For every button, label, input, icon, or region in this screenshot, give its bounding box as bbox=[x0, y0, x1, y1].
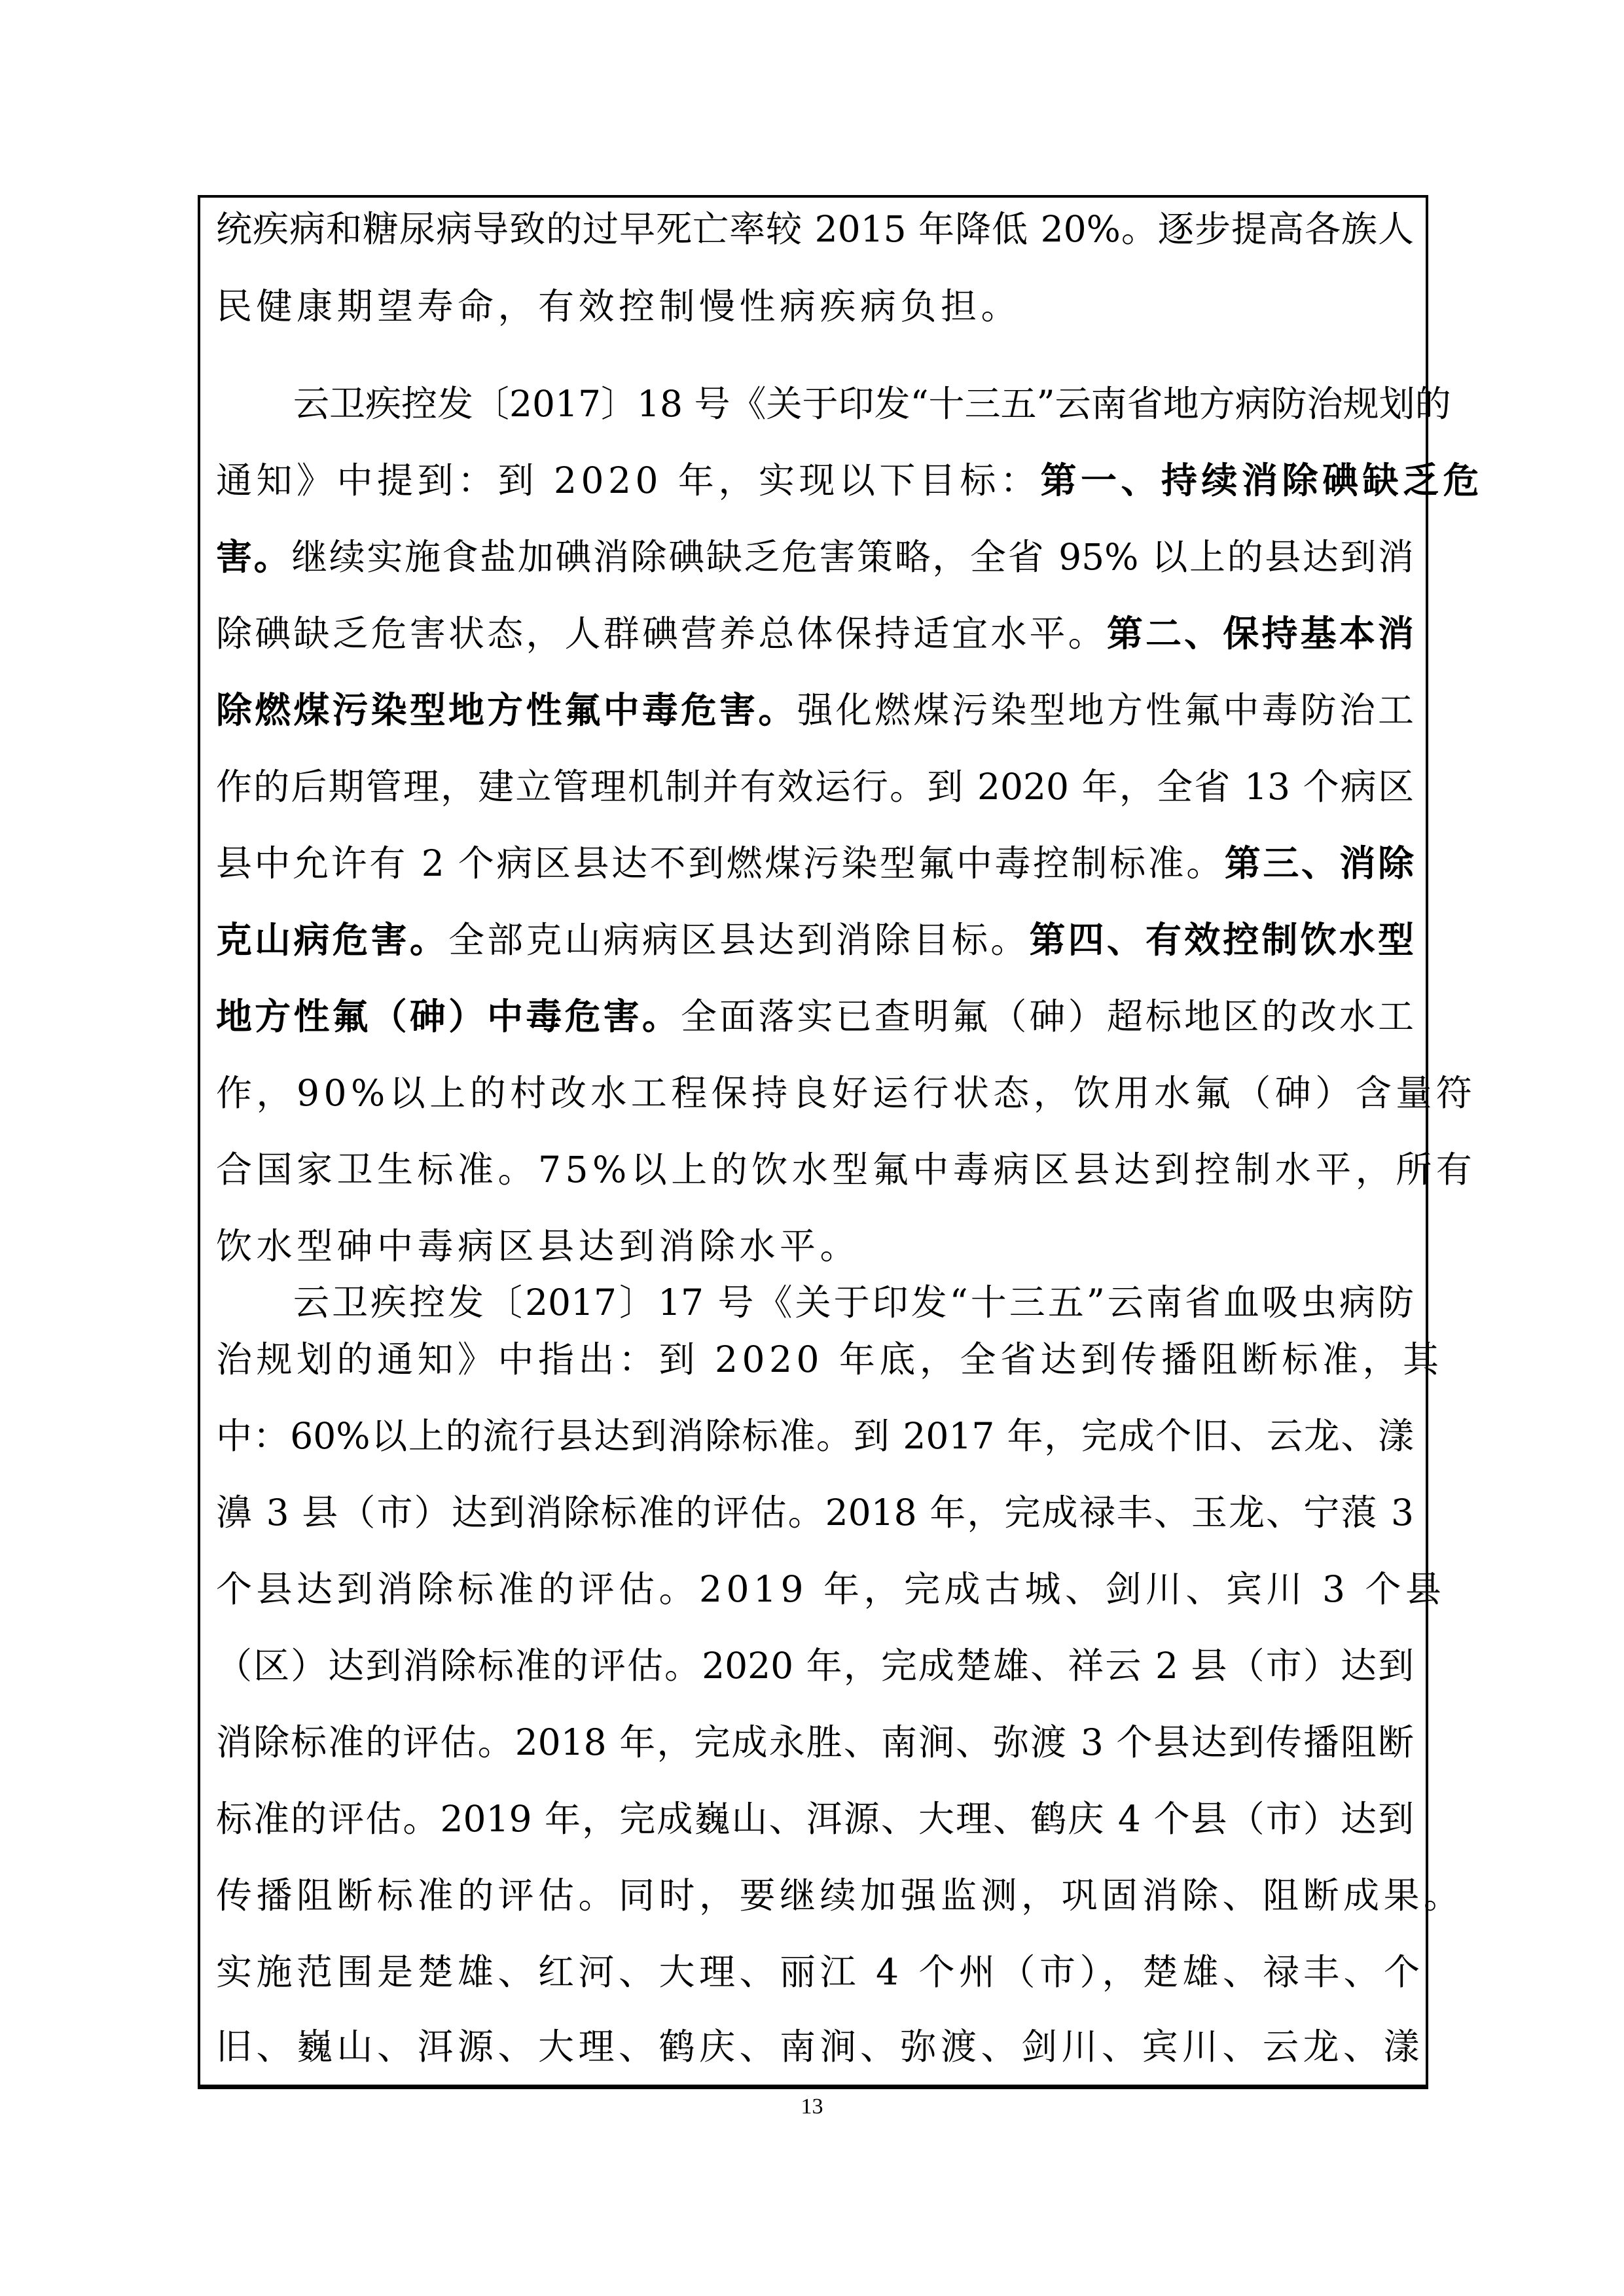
body-text: 全面落实已查明氟（砷）超标地区的改水工 bbox=[681, 996, 1414, 1037]
bold-heading-text: 第四、有效控制饮水型 bbox=[1029, 918, 1414, 961]
text-line: 濞 3 县（市）达到消除标准的评估。2018 年，完成禄丰、玉龙、宁蒗 3 bbox=[216, 1486, 1414, 1539]
body-text: 实施范围是楚雄、红河、大理、丽江 4 个州（市），楚雄、禄丰、个 bbox=[216, 1951, 1424, 1993]
body-text: （区）达到消除标准的评估。2020 年，完成楚雄、祥云 2 县（市）达到 bbox=[216, 1645, 1414, 1687]
bold-heading-text: 地方性氟（砷）中毒危害。 bbox=[216, 995, 681, 1037]
text-line: 统疾病和糖尿病导致的过早死亡率较 2015 年降低 20%。逐步提高各族人 bbox=[216, 203, 1414, 255]
body-text: 作的后期管理，建立管理机制并有效运行。到 2020 年，全省 13 个病区 bbox=[216, 766, 1414, 808]
body-text: 统疾病和糖尿病导致的过早死亡率较 2015 年降低 20%。逐步提高各族人 bbox=[216, 208, 1414, 250]
text-line: 标准的评估。2019 年，完成巍山、洱源、大理、鹤庆 4 个县（市）达到 bbox=[216, 1793, 1414, 1845]
body-text: 县中允许有 2 个病区县达不到燃煤污染型氟中毒控制标准。 bbox=[216, 842, 1225, 884]
text-line: 中：60%以上的流行县达到消除标准。到 2017 年，完成个旧、云龙、漾 bbox=[216, 1410, 1414, 1462]
text-line: （区）达到消除标准的评估。2020 年，完成楚雄、祥云 2 县（市）达到 bbox=[216, 1640, 1414, 1692]
page-number: 13 bbox=[0, 2094, 1624, 2119]
bold-heading-text: 除燃煤污染型地方性氟中毒危害。 bbox=[216, 689, 797, 731]
bold-heading-text: 害。 bbox=[216, 535, 291, 578]
bold-heading-text: 第三、消除 bbox=[1225, 842, 1414, 884]
body-text: 消除标准的评估。2018 年，完成永胜、南涧、弥渡 3 个县达到传播阻断 bbox=[216, 1721, 1414, 1763]
bold-heading-text: 第一、持续消除碘缺乏危 bbox=[1040, 459, 1483, 501]
body-text: 濞 3 县（市）达到消除标准的评估。2018 年，完成禄丰、玉龙、宁蒗 3 bbox=[216, 1492, 1414, 1534]
text-line: 旧、巍山、洱源、大理、鹤庆、南涧、弥渡、剑川、宾川、云龙、漾 bbox=[216, 2020, 1414, 2073]
body-text: 民健康期望寿命，有效控制慢性病疾病负担。 bbox=[216, 285, 1021, 327]
body-text: 旧、巍山、洱源、大理、鹤庆、南涧、弥渡、剑川、宾川、云龙、漾 bbox=[216, 2026, 1424, 2068]
text-line: 云卫疾控发〔2017〕17 号《关于印发“十三五”云南省血吸虫病防 bbox=[293, 1276, 1414, 1329]
text-line: 地方性氟（砷）中毒危害。全面落实已查明氟（砷）超标地区的改水工 bbox=[216, 990, 1414, 1043]
body-text: 除碘缺乏危害状态，人群碘营养总体保持适宜水平。 bbox=[216, 613, 1107, 655]
text-line: 县中允许有 2 个病区县达不到燃煤污染型氟中毒控制标准。第三、消除 bbox=[216, 837, 1414, 889]
text-line: 除燃煤污染型地方性氟中毒危害。强化燃煤污染型地方性氟中毒防治工 bbox=[216, 684, 1414, 736]
body-text: 强化燃煤污染型地方性氟中毒防治工 bbox=[797, 689, 1415, 731]
body-text: 继续实施食盐加碘消除碘缺乏危害策略，全省 95% 以上的县达到消 bbox=[291, 536, 1414, 578]
body-text: 全部克山病病区县达到消除目标。 bbox=[448, 919, 1029, 961]
body-text: 治规划的通知》中指出：到 2020 年底，全省达到传播阻断标准，其 bbox=[216, 1338, 1443, 1380]
body-text: 标准的评估。2019 年，完成巍山、洱源、大理、鹤庆 4 个县（市）达到 bbox=[216, 1798, 1414, 1840]
text-line: 个县达到消除标准的评估。2019 年，完成古城、剑川、宾川 3 个县 bbox=[216, 1563, 1414, 1615]
text-line: 饮水型砷中毒病区县达到消除水平。 bbox=[216, 1220, 1414, 1272]
body-text: 合国家卫生标准。75%以上的饮水型氟中毒病区县达到控制水平，所有 bbox=[216, 1149, 1476, 1191]
body-text: 作，90%以上的村改水工程保持良好运行状态，饮用水氟（砷）含量符 bbox=[216, 1072, 1476, 1114]
text-line: 除碘缺乏危害状态，人群碘营养总体保持适宜水平。第二、保持基本消 bbox=[216, 607, 1414, 660]
body-text: 中：60%以上的流行县达到消除标准。到 2017 年，完成个旧、云龙、漾 bbox=[216, 1415, 1414, 1457]
text-line: 克山病危害。全部克山病病区县达到消除目标。第四、有效控制饮水型 bbox=[216, 914, 1414, 966]
text-line: 传播阻断标准的评估。同时，要继续加强监测，巩固消除、阻断成果。 bbox=[216, 1869, 1414, 1922]
text-line: 民健康期望寿命，有效控制慢性病疾病负担。 bbox=[216, 280, 1414, 332]
text-line: 通知》中提到：到 2020 年，实现以下目标：第一、持续消除碘缺乏危 bbox=[216, 454, 1414, 507]
text-line: 作，90%以上的村改水工程保持良好运行状态，饮用水氟（砷）含量符 bbox=[216, 1067, 1414, 1119]
text-line: 作的后期管理，建立管理机制并有效运行。到 2020 年，全省 13 个病区 bbox=[216, 761, 1414, 813]
body-text: 通知》中提到：到 2020 年，实现以下目标： bbox=[216, 459, 1040, 501]
bold-heading-text: 克山病危害。 bbox=[216, 918, 448, 961]
text-line: 治规划的通知》中指出：到 2020 年底，全省达到传播阻断标准，其 bbox=[216, 1333, 1414, 1386]
body-text: 传播阻断标准的评估。同时，要继续加强监测，巩固消除、阻断成果。 bbox=[216, 1874, 1464, 1916]
text-line: 消除标准的评估。2018 年，完成永胜、南涧、弥渡 3 个县达到传播阻断 bbox=[216, 1716, 1414, 1768]
text-line: 云卫疾控发〔2017〕18 号《关于印发“十三五”云南省地方病防治规划的 bbox=[293, 378, 1414, 430]
bold-heading-text: 第二、保持基本消 bbox=[1107, 612, 1414, 655]
text-line: 害。继续实施食盐加碘消除碘缺乏危害策略，全省 95% 以上的县达到消 bbox=[216, 531, 1414, 583]
text-line: 实施范围是楚雄、红河、大理、丽江 4 个州（市），楚雄、禄丰、个 bbox=[216, 1946, 1414, 1998]
body-text: 云卫疾控发〔2017〕18 号《关于印发“十三五”云南省地方病防治规划的 bbox=[293, 383, 1451, 425]
body-text: 个县达到消除标准的评估。2019 年，完成古城、剑川、宾川 3 个县 bbox=[216, 1568, 1445, 1610]
body-text: 云卫疾控发〔2017〕17 号《关于印发“十三五”云南省血吸虫病防 bbox=[293, 1282, 1414, 1323]
text-line: 合国家卫生标准。75%以上的饮水型氟中毒病区县达到控制水平，所有 bbox=[216, 1143, 1414, 1196]
body-text: 饮水型砷中毒病区县达到消除水平。 bbox=[216, 1225, 860, 1267]
